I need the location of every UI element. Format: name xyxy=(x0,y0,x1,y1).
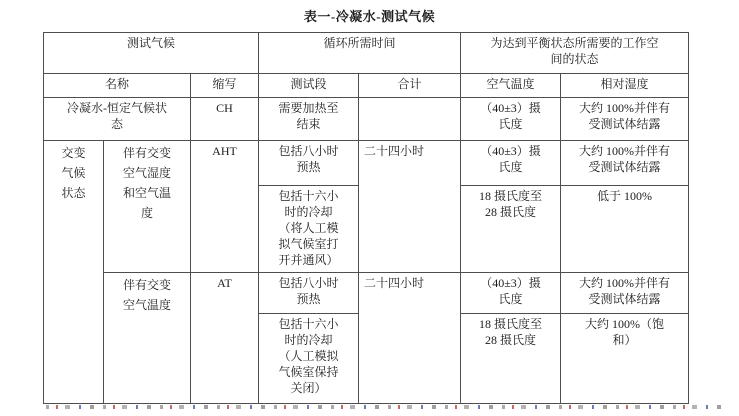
cell-at-cooling-temp: 18 摄氏度至 28 摄氏度 xyxy=(461,314,561,404)
cell-ch-name: 冷凝水-恒定气候状 态 xyxy=(44,98,191,141)
cell-aht-preheat-temp: （40±3）摄 氏度 xyxy=(461,141,561,186)
cell-aht-cooling-segment: 包括十六小 时的冷却 （将人工模 拟气候室打 开并通风） xyxy=(259,186,359,273)
cell-at-preheat-segment: 包括八小时 预热 xyxy=(259,273,359,314)
col-header-abbr: 缩写 xyxy=(191,74,259,98)
cell-at-name: 伴有交变 空气温度 xyxy=(104,273,191,404)
table-row: 名称 缩写 测试段 合计 空气温度 相对湿度 xyxy=(44,74,689,98)
cell-ch-segment: 需要加热至 结束 xyxy=(259,98,359,141)
clipped-footnote-line xyxy=(46,405,722,409)
cell-aht-cooling-humidity: 低于 100% xyxy=(561,186,689,273)
table-title: 表一-冷凝水-测试气候 xyxy=(0,6,739,25)
table-row: 伴有交变 空气温度 AT 包括八小时 预热 二十四小时 （40±3）摄 氏度 大… xyxy=(44,273,689,314)
table-row: 测试气候 循环所需时间 为达到平衡状态所需要的工作空 间的状态 xyxy=(44,33,689,74)
cell-ch-temp: （40±3）摄 氏度 xyxy=(461,98,561,141)
cell-at-cooling-segment: 包括十六小 时的冷却 （人工模拟 气候室保持 关闭） xyxy=(259,314,359,404)
cell-variable-group-label: 交变 气候 状态 xyxy=(44,141,104,404)
cell-aht-total: 二十四小时 xyxy=(359,141,461,273)
col-header-segment: 测试段 xyxy=(259,74,359,98)
cell-aht-name: 伴有交变 空气湿度 和空气温 度 xyxy=(104,141,191,273)
cell-aht-cooling-temp: 18 摄氏度至 28 摄氏度 xyxy=(461,186,561,273)
document-page: 表一-冷凝水-测试气候 测试气候 循环所需时间 为达到平衡状态所需要的工作空 间… xyxy=(0,0,739,416)
col-header-humidity: 相对湿度 xyxy=(561,74,689,98)
cell-at-abbr: AT xyxy=(191,273,259,404)
col-header-air-temp: 空气温度 xyxy=(461,74,561,98)
cell-aht-abbr: AHT xyxy=(191,141,259,273)
cell-at-preheat-temp: （40±3）摄 氏度 xyxy=(461,273,561,314)
header-test-climate: 测试气候 xyxy=(44,33,259,74)
cell-at-preheat-humidity: 大约 100%并伴有 受测试体结露 xyxy=(561,273,689,314)
cell-aht-preheat-segment: 包括八小时 预热 xyxy=(259,141,359,186)
table-row: 冷凝水-恒定气候状 态 CH 需要加热至 结束 （40±3）摄 氏度 大约 10… xyxy=(44,98,689,141)
cell-at-total: 二十四小时 xyxy=(359,273,461,404)
cell-ch-total xyxy=(359,98,461,141)
test-climate-table: 测试气候 循环所需时间 为达到平衡状态所需要的工作空 间的状态 名称 缩写 测试… xyxy=(43,32,689,404)
cell-at-cooling-humidity: 大约 100%（饱 和） xyxy=(561,314,689,404)
header-workspace-state: 为达到平衡状态所需要的工作空 间的状态 xyxy=(461,33,689,74)
cell-ch-abbr: CH xyxy=(191,98,259,141)
cell-aht-preheat-humidity: 大约 100%并伴有 受测试体结露 xyxy=(561,141,689,186)
table-row: 交变 气候 状态 伴有交变 空气湿度 和空气温 度 AHT 包括八小时 预热 二… xyxy=(44,141,689,186)
col-header-name: 名称 xyxy=(44,74,191,98)
col-header-total: 合计 xyxy=(359,74,461,98)
cell-ch-humidity: 大约 100%并伴有 受测试体结露 xyxy=(561,98,689,141)
header-cycle-time: 循环所需时间 xyxy=(259,33,461,74)
